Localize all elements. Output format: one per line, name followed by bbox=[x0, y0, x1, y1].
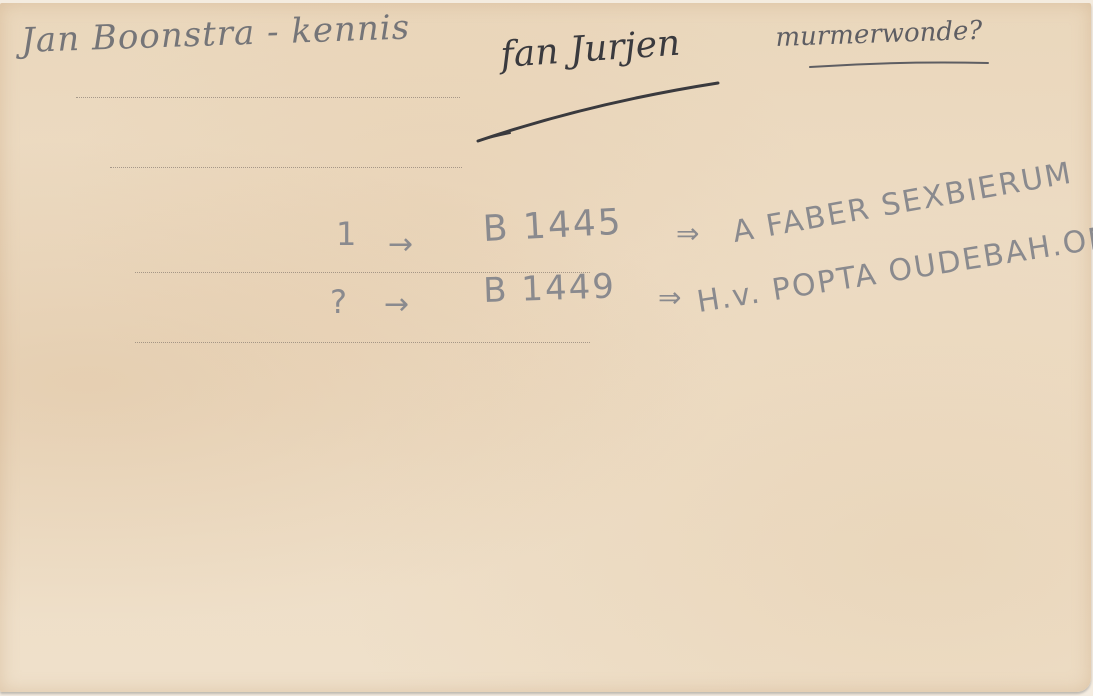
ref-2-code: B 1449 bbox=[483, 266, 617, 311]
note-question-underline bbox=[808, 57, 998, 71]
ref-2-arrow2: ⇒ bbox=[658, 281, 683, 314]
note-question: murmerwonde? bbox=[775, 16, 983, 53]
postcard-back: Jan Boonstra - kennis fan Jurjen murmerw… bbox=[0, 3, 1091, 692]
ref-2-number: ? bbox=[330, 283, 349, 321]
ref-1-arrow: → bbox=[388, 227, 415, 262]
address-line-4 bbox=[135, 342, 590, 343]
signature: fan Jurjen bbox=[499, 23, 681, 76]
signature-underline bbox=[470, 73, 730, 148]
ref-1-arrow2: ⇒ bbox=[676, 217, 701, 250]
address-line-1 bbox=[76, 97, 460, 98]
address-line-2 bbox=[110, 167, 462, 168]
ref-1-number: 1 bbox=[336, 215, 358, 253]
ref-1-code: B 1445 bbox=[482, 202, 624, 250]
ref-2-arrow: → bbox=[384, 287, 411, 322]
note-name-acquaintance: Jan Boonstra - kennis bbox=[21, 7, 411, 61]
